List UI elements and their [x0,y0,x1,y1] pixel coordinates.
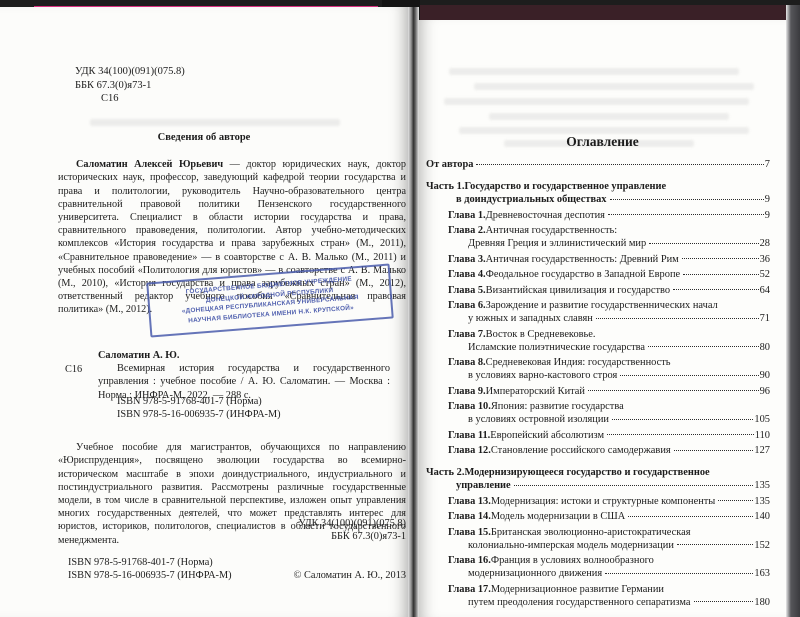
toc-entry-title: Европейский абсолютизм [490,429,604,442]
bbk-line: ББК 67.3(0)я73-1 [75,79,185,93]
bleed-through-text [90,119,340,126]
toc-heading: Оглавление [419,134,786,150]
scan-right-border [786,5,800,617]
author-name: Саломатин Алексей Юрьевич [76,159,223,170]
book-gutter [408,7,419,617]
bottom-imprint-row: ISBN 978-5-91768-401-7 (Норма) ISBN 978-… [68,556,406,582]
toc-dot-leader [610,199,764,200]
toc-dot-leader [649,243,758,244]
toc-entry-title: Древневосточная деспотия [486,209,605,222]
toc-page-number: 64 [760,284,770,297]
toc-entry-line1: Глава 11. Европейский абсолютизм 110 [448,429,770,442]
toc-entry-title: Феодальное государство в Западной Европе [486,268,680,281]
toc-entry-line2: путем преодоления государственного сепар… [448,596,770,609]
toc-entry-line1: Глава 16. Франция в условиях волнообразн… [448,554,770,567]
toc-page-number: 7 [765,158,770,171]
toc-entry-prefix: Глава 16. [448,554,491,567]
toc-entry-line1: Глава 7. Восток в Средневековье. [448,328,770,341]
book-code: С16 [75,92,185,106]
toc-entry-prefix: Глава 17. [448,583,491,596]
about-author-heading: Сведения об авторе [0,132,408,143]
udk-bbk-block: УДК 34(100)(091)(075.8) ББК 67.3(0)я73-1… [75,65,185,106]
toc-entry-line1: Глава 8. Средневековая Индия: государств… [448,356,770,369]
bleed-through-text [459,127,749,134]
toc-entry-line2: Древняя Греция и эллинистический мир 28 [448,237,770,250]
copyright-line: © Саломатин А. Ю., 2013 [294,569,406,582]
toc-entry-prefix: Глава 9. [448,385,486,398]
toc-entry: Глава 15. Британская эволюционно-аристок… [426,526,770,552]
toc-entry-line1: Глава 12. Становление российского самоде… [448,444,770,457]
toc-entry-title-cont: модернизационного движения [468,567,602,580]
toc-entry: Глава 6. Зарождение и развитие государст… [426,299,770,325]
toc-entry-title: Становление российского самодержавия [491,444,671,457]
toc-entry-line1: Глава 2. Античная государственность: [448,224,770,237]
toc-page-number: 90 [760,369,770,382]
toc-page-number: 52 [760,268,770,281]
right-page: Оглавление От автора 7 Часть 1. Государс… [419,20,786,617]
toc-entry-title: Императорский Китай [486,385,585,398]
toc-entry: Глава 2. Античная государственность: Дре… [426,224,770,250]
toc-dot-leader [628,516,753,517]
bleed-through-text [489,113,729,120]
toc-entry-title: Модернизация: истоки и структурные компо… [491,495,715,508]
toc-page-number: 110 [755,429,770,442]
toc-entry-line1: Глава 15. Британская эволюционно-аристок… [448,526,770,539]
toc-entry: Часть 2. Модернизирующееся государство и… [426,466,770,492]
toc-entry: Глава 9. Императорский Китай 96 [426,385,770,398]
toc-entry-line2: управление 135 [426,479,770,492]
isbn-infra-bottom: ISBN 978-5-16-006935-7 (ИНФРА-М) [68,569,232,582]
toc-entry-title-cont: в условиях варно-кастового строя [468,369,617,382]
toc-page-number: 28 [760,237,770,250]
toc-entry-prefix: От автора [426,158,473,171]
toc-entry-line1: Глава 13. Модернизация: истоки и структу… [448,495,770,508]
toc-dot-leader [674,450,754,451]
toc-page-number: 71 [760,312,770,325]
toc-entry-line1: От автора 7 [426,158,770,171]
toc-entry-line1: Глава 4. Феодальное государство в Западн… [448,268,770,281]
isbn-infra: ISBN 978-5-16-006935-7 (ИНФРА-М) [117,408,281,421]
udk-bbk-bottom: УДК 34(100)(091)(075.8) ББК 67.3(0)я73-1 [58,517,406,543]
toc-dot-leader [607,434,754,435]
toc-dot-leader [673,289,759,290]
toc-entry-line1: Глава 3. Античная государственность: Дре… [448,253,770,266]
toc-entry-title: Франция в условиях волнообразного [491,554,654,567]
toc-entry: Глава 1. Древневосточная деспотия 9 [426,209,770,222]
toc-entry: Глава 3. Античная государственность: Дре… [426,253,770,266]
toc-page-number: 80 [760,341,770,354]
cip-code: С16 [65,363,82,376]
maroon-edge-strip [420,5,792,20]
toc-entry: Глава 12. Становление российского самоде… [426,444,770,457]
toc-entry-title: Япония: развитие государства [491,400,624,413]
toc-entry-title-cont: у южных и западных славян [468,312,593,325]
toc-entry-prefix: Глава 6. [448,299,486,312]
bbk-line-bottom: ББК 67.3(0)я73-1 [58,530,406,543]
toc-entry-prefix: Глава 11. [448,429,490,442]
toc-entry-title: Восток в Средневековье. [486,328,596,341]
toc-page-number: 127 [754,444,770,457]
toc-entry: Глава 13. Модернизация: истоки и структу… [426,495,770,508]
toc-dot-leader [694,601,754,602]
toc-entry-title: Зарождение и развитие государственническ… [486,299,718,312]
toc-page-number: 180 [754,596,770,609]
toc-dot-leader [648,346,759,347]
toc-dot-leader [620,375,758,376]
toc-dot-leader [608,214,764,215]
toc-entry-prefix: Глава 14. [448,510,491,523]
toc-entry: Глава 4. Феодальное государство в Западн… [426,268,770,281]
toc-entry-title: Античная государственность: [486,224,617,237]
toc-page-number: 9 [765,209,770,222]
cip-author: Саломатин А. Ю. [98,349,408,362]
toc-entry: Глава 11. Европейский абсолютизм 110 [426,429,770,442]
toc-entry-title: Византийская цивилизация и государство [486,284,670,297]
toc-entry-title-cont: в доиндустриальных обществах [456,193,607,206]
toc-entry-prefix: Глава 5. [448,284,486,297]
cataloging-block: Саломатин А. Ю. С16 Всемирная история го… [58,349,408,402]
toc-dot-leader [677,544,754,545]
toc-dot-leader [596,318,759,319]
bleed-through-text [449,68,739,75]
toc-entry-line1: Глава 9. Императорский Китай 96 [448,385,770,398]
toc-entry-title-cont: путем преодоления государственного сепар… [468,596,691,609]
toc-entry: От автора 7 [426,158,770,171]
toc-entry-line2: в условиях островной изоляции 105 [448,413,770,426]
bleed-through-text [474,83,754,90]
toc-page-number: 96 [760,385,770,398]
toc-entry-line2: колониально-имперская модель модернизаци… [448,539,770,552]
isbn-norma: ISBN 978-5-91768-401-7 (Норма) [117,395,281,408]
bottom-isbn-block: ISBN 978-5-91768-401-7 (Норма) ISBN 978-… [68,556,232,582]
toc-entry: Глава 7. Восток в Средневековье. Исламск… [426,328,770,354]
toc-entry-prefix: Глава 15. [448,526,491,539]
toc-dot-leader [514,485,754,486]
toc-entry-prefix: Часть 1. [426,180,464,193]
toc-page-number: 152 [754,539,770,552]
toc-page-number: 163 [754,567,770,580]
toc-entry-prefix: Глава 1. [448,209,486,222]
toc-entry-line1: Глава 10. Япония: развитие государства [448,400,770,413]
toc-dot-leader [683,274,758,275]
toc-entry: Глава 17. Модернизационное развитие Герм… [426,583,770,609]
toc-entry-line1: Глава 6. Зарождение и развитие государст… [448,299,770,312]
toc-entry-title-cont: в условиях островной изоляции [468,413,609,426]
toc-entry: Глава 14. Модель модернизации в США 140 [426,510,770,523]
toc-entry: Глава 16. Франция в условиях волнообразн… [426,554,770,580]
toc-entry-title: Государство и государственное управление [464,180,666,193]
toc-entry-line2: модернизационного движения 163 [448,567,770,580]
toc-list: От автора 7 Часть 1. Государство и госуд… [426,158,770,611]
udk-line: УДК 34(100)(091)(075.8) [75,65,185,79]
toc-entry-prefix: Глава 2. [448,224,486,237]
toc-entry-title-cont: колониально-имперская модель модернизаци… [468,539,674,552]
toc-entry: Глава 5. Византийская цивилизация и госу… [426,284,770,297]
isbn-block: ISBN 978-5-91768-401-7 (Норма) ISBN 978-… [117,395,281,421]
toc-dot-leader [605,573,753,574]
toc-page-number: 105 [754,413,770,426]
toc-entry: Глава 8. Средневековая Индия: государств… [426,356,770,382]
toc-entry-title: Модернизационное развитие Германии [491,583,664,596]
toc-entry-line2: Исламские полиэтнические государства 80 [448,341,770,354]
toc-entry-title-cont: управление [456,479,511,492]
toc-entry-title-cont: Исламские полиэтнические государства [468,341,645,354]
toc-entry-title: Античная государственность: Древний Рим [486,253,679,266]
toc-dot-leader [476,164,763,165]
toc-entry-prefix: Глава 10. [448,400,491,413]
toc-dot-leader [718,500,753,501]
toc-entry-line2: в условиях варно-кастового строя 90 [448,369,770,382]
toc-entry: Глава 10. Япония: развитие государства в… [426,400,770,426]
toc-entry-line1: Глава 17. Модернизационное развитие Герм… [448,583,770,596]
toc-entry-prefix: Глава 7. [448,328,486,341]
toc-entry-line1: Глава 5. Византийская цивилизация и госу… [448,284,770,297]
toc-entry-prefix: Глава 3. [448,253,486,266]
toc-entry-line1: Глава 1. Древневосточная деспотия 9 [448,209,770,222]
toc-page-number: 9 [765,193,770,206]
toc-entry-line1: Часть 1. Государство и государственное у… [426,180,770,193]
toc-page-number: 135 [754,495,770,508]
toc-dot-leader [612,419,753,420]
toc-entry-prefix: Часть 2. [426,466,464,479]
toc-entry-line2: в доиндустриальных обществах 9 [426,193,770,206]
toc-dot-leader [682,258,759,259]
book-spread: УДК 34(100)(091)(075.8) ББК 67.3(0)я73-1… [0,0,800,617]
toc-page-number: 36 [760,253,770,266]
toc-entry-prefix: Глава 13. [448,495,491,508]
toc-entry-title: Модель модернизации в США [491,510,625,523]
toc-page-number: 140 [754,510,770,523]
toc-entry-line2: у южных и западных славян 71 [448,312,770,325]
toc-entry-prefix: Глава 8. [448,356,486,369]
toc-entry-line1: Часть 2. Модернизирующееся государство и… [426,466,770,479]
toc-page-number: 135 [754,479,770,492]
toc-entry-title-cont: Древняя Греция и эллинистический мир [468,237,646,250]
isbn-norma-bottom: ISBN 978-5-91768-401-7 (Норма) [68,556,232,569]
udk-line-bottom: УДК 34(100)(091)(075.8) [58,517,406,530]
toc-entry-prefix: Глава 4. [448,268,486,281]
bleed-through-text [444,98,749,105]
toc-entry-line1: Глава 14. Модель модернизации в США 140 [448,510,770,523]
toc-entry-title: Британская эволюционно-аристократическая [491,526,691,539]
toc-entry: Часть 1. Государство и государственное у… [426,180,770,206]
toc-entry-title: Модернизирующееся государство и государс… [464,466,709,479]
toc-entry-title: Средневековая Индия: государственность [486,356,671,369]
left-page: УДК 34(100)(091)(075.8) ББК 67.3(0)я73-1… [0,7,408,617]
toc-entry-prefix: Глава 12. [448,444,491,457]
toc-dot-leader [588,390,759,391]
